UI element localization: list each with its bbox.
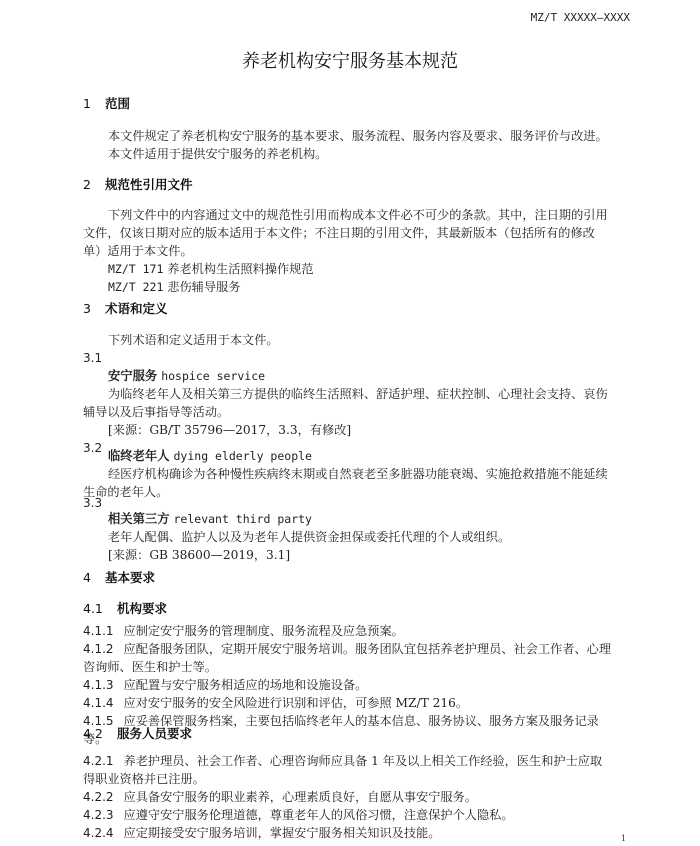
clause-item: 4.2.4应定期接受安宁服务培训，掌握安宁服务相关知识及技能。	[83, 824, 613, 842]
reference-code: MZ/T 171	[108, 262, 163, 276]
term-definition: 老年人配偶、监护人以及为老年人提供资金担保或委托代理的个人或组织。	[108, 528, 510, 546]
reference-code: MZ/T 221	[108, 280, 163, 294]
clause-text: 养老护理员、社会工作者、心理咨询师应具备 1 年及以上相关工作经验，医生和护士应…	[83, 754, 602, 786]
document-page: MZ/T XXXXX—XXXX 养老机构安宁服务基本规范 1范围 本文件规定了养…	[0, 0, 700, 846]
clause-item: 4.1.3应配置与安宁服务相适应的场地和设施设备。	[83, 676, 613, 694]
clause-text: 应制定安宁服务的管理制度、服务流程及应急预案。	[124, 624, 404, 638]
term-definition: 为临终老年人及相关第三方提供的临终生活照料、舒适护理、症状控制、心理社会支持、哀…	[83, 385, 613, 421]
subsection-4-1-heading: 4.1机构要求	[83, 600, 167, 618]
clause-item: 4.2.1养老护理员、社会工作者、心理咨询师应具备 1 年及以上相关工作经验，医…	[83, 752, 613, 788]
subsection-4-2-heading: 4.2服务人员要求	[83, 725, 192, 743]
section-4-heading: 4基本要求	[83, 569, 155, 587]
subsection-number: 4.2	[83, 725, 117, 743]
term-source: [来源：GB 38600—2019，3.1]	[108, 546, 290, 564]
section-2-heading: 2规范性引用文件	[83, 176, 193, 194]
clause-number: 4.1.3	[83, 678, 114, 692]
clause-number: 4.2.4	[83, 826, 114, 840]
normative-references-paragraph: 下列文件中的内容通过文中的规范性引用而构成本文件必不可少的条款。其中，注日期的引…	[83, 206, 613, 260]
clause-item: 4.2.2应具备安宁服务的职业素养，心理素质良好，自愿从事安宁服务。	[83, 788, 613, 806]
clause-number: 4.1.4	[83, 696, 114, 710]
term-number: 3.3	[83, 494, 102, 512]
clause-text: 应具备安宁服务的职业素养，心理素质良好，自愿从事安宁服务。	[124, 790, 477, 804]
term-en: relevant third party	[174, 512, 312, 526]
subsection-title: 机构要求	[117, 601, 167, 616]
standard-code: MZ/T XXXXX—XXXX	[531, 11, 630, 24]
clause-text: 应配置与安宁服务相适应的场地和设施设备。	[124, 678, 368, 692]
clause-text: 应配备服务团队，定期开展安宁服务培训。服务团队宜包括养老护理员、社会工作者、心理…	[83, 642, 611, 674]
clause-item: 4.1.4应对安宁服务的安全风险进行识别和评估，可参照 MZ/T 216。	[83, 694, 613, 712]
clause-item: 4.2.3应遵守安宁服务伦理道德，尊重老年人的风俗习惯，注意保护个人隐私。	[83, 806, 613, 824]
page-number: 1	[621, 834, 626, 843]
term-heading: 临终老年人dying elderly people	[108, 447, 312, 465]
section-number: 4	[83, 569, 105, 587]
section-3-heading: 3术语和定义	[83, 300, 168, 318]
term-source: [来源：GB/T 35796—2017，3.3，有修改]	[108, 421, 351, 439]
reference-name: 养老机构生活照料操作规范	[167, 262, 313, 276]
clause-number: 4.2.2	[83, 790, 114, 804]
section-title: 基本要求	[105, 570, 155, 585]
term-en: dying elderly people	[174, 449, 312, 463]
reference-item: MZ/T 171 养老机构生活照料操作规范	[108, 260, 314, 278]
clause-item: 4.1.1应制定安宁服务的管理制度、服务流程及应急预案。	[83, 622, 613, 640]
section-1-heading: 1范围	[83, 95, 130, 113]
section-number: 1	[83, 95, 105, 113]
term-number: 3.2	[83, 439, 102, 457]
term-en: hospice service	[161, 369, 265, 383]
clause-item: 4.1.2应配备服务团队，定期开展安宁服务培训。服务团队宜包括养老护理员、社会工…	[83, 640, 613, 676]
scope-paragraph-2: 本文件适用于提供安宁服务的养老机构。	[108, 145, 327, 163]
subsection-number: 4.1	[83, 600, 117, 618]
section-title: 术语和定义	[105, 301, 168, 316]
section-number: 3	[83, 300, 105, 318]
term-zh: 临终老年人	[108, 449, 170, 463]
term-zh: 相关第三方	[108, 512, 170, 526]
document-title: 养老机构安宁服务基本规范	[0, 47, 700, 73]
subsection-title: 服务人员要求	[117, 726, 192, 741]
term-heading: 安宁服务hospice service	[108, 367, 265, 385]
clause-number: 4.1.1	[83, 624, 114, 638]
reference-item: MZ/T 221 悲伤辅导服务	[108, 278, 240, 296]
clause-number: 4.2.1	[83, 754, 114, 768]
reference-name: 悲伤辅导服务	[167, 280, 240, 294]
term-heading: 相关第三方relevant third party	[108, 510, 312, 528]
terms-intro: 下列术语和定义适用于本文件。	[108, 331, 279, 349]
section-title: 规范性引用文件	[105, 177, 193, 192]
clause-text: 应定期接受安宁服务培训，掌握安宁服务相关知识及技能。	[124, 826, 441, 840]
clause-text: 应遵守安宁服务伦理道德，尊重老年人的风俗习惯，注意保护个人隐私。	[124, 808, 514, 822]
clause-text: 应对安宁服务的安全风险进行识别和评估，可参照 MZ/T 216。	[124, 696, 469, 710]
section-title: 范围	[105, 96, 130, 111]
section-number: 2	[83, 176, 105, 194]
term-zh: 安宁服务	[108, 369, 157, 383]
term-definition: 经医疗机构确诊为各种慢性疾病终末期或自然衰老至多脏器功能衰竭、实施抢救措施不能延…	[83, 465, 613, 501]
clause-number: 4.1.2	[83, 642, 114, 656]
term-number: 3.1	[83, 349, 102, 367]
scope-paragraph-1: 本文件规定了养老机构安宁服务的基本要求、服务流程、服务内容及要求、服务评价与改进…	[108, 127, 608, 145]
clause-number: 4.2.3	[83, 808, 114, 822]
